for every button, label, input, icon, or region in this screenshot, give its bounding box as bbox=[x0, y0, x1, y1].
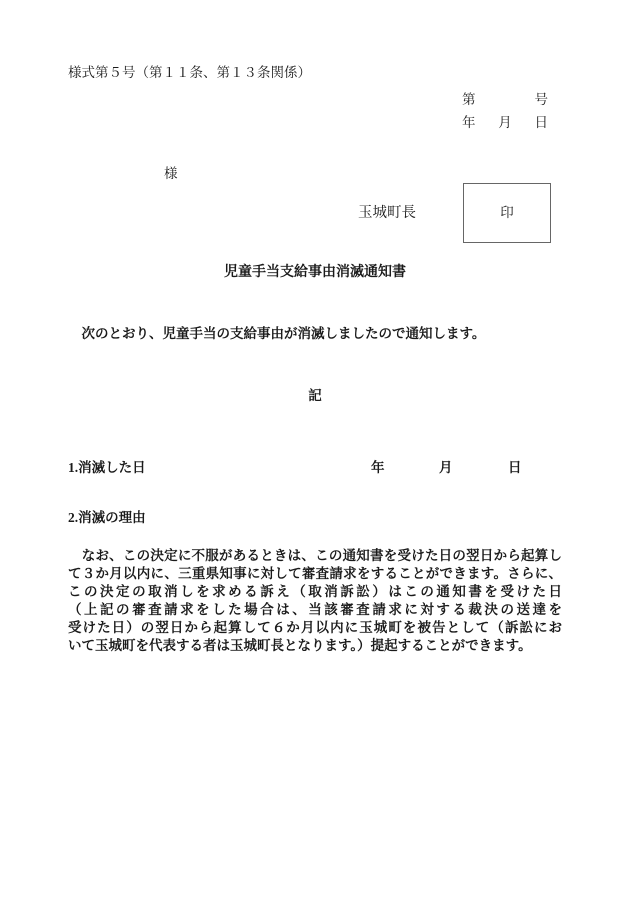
notice-line: なお、この決定に不服があるときは、この通知書を受けた日の翌日から起算し bbox=[68, 547, 562, 565]
addressee-honorific: 様 bbox=[164, 165, 178, 183]
issuer-name: 玉城町長 bbox=[358, 204, 416, 222]
ki-heading: 記 bbox=[68, 387, 562, 405]
document-title: 児童手当支給事由消滅通知書 bbox=[68, 264, 562, 282]
item1-year-label: 年 bbox=[371, 459, 385, 477]
date-line: 年 月 日 bbox=[462, 114, 548, 132]
doc-number-prefix: 第 bbox=[462, 91, 476, 109]
doc-number-line: 第 号 bbox=[462, 91, 548, 109]
form-number: 様式第５号（第１１条、第１３条関係） bbox=[68, 64, 311, 82]
notice-line: いて玉城町を代表する者は玉城町長となります。）提起することができます。 bbox=[68, 637, 562, 655]
seal-label: 印 bbox=[500, 204, 514, 222]
item1-month-label: 月 bbox=[439, 459, 453, 477]
notice-line: （上記の審査請求をした場合は、当該審査請求に対する裁決の送達を bbox=[68, 601, 562, 619]
item1-label: 1.消滅した日 bbox=[68, 459, 146, 477]
doc-number-suffix: 号 bbox=[535, 91, 549, 109]
date-year-label: 年 bbox=[462, 114, 476, 132]
date-day-label: 日 bbox=[535, 114, 549, 132]
document-page: 様式第５号（第１１条、第１３条関係） 第 号 年 月 日 様 玉城町長 印 児童… bbox=[0, 0, 630, 903]
intro-sentence: 次のとおり、児童手当の支給事由が消滅しましたので通知します。 bbox=[68, 325, 485, 343]
notice-line: この決定の取消しを求める訴え（取消訴訟）はこの通知書を受けた日 bbox=[68, 583, 562, 601]
seal-box: 印 bbox=[463, 183, 551, 243]
notice-line: 受けた日）の翌日から起算して６か月以内に玉城町を被告として（訴訟にお bbox=[68, 619, 562, 637]
item1-day-label: 日 bbox=[508, 459, 522, 477]
notice-line: て３か月以内に、三重県知事に対して審査請求をすることができます。さらに、 bbox=[68, 565, 562, 583]
item2-label: 2.消滅の理由 bbox=[68, 509, 146, 527]
date-month-label: 月 bbox=[498, 114, 512, 132]
appeal-notice-paragraph: なお、この決定に不服があるときは、この通知書を受けた日の翌日から起算し て３か月… bbox=[68, 547, 562, 655]
